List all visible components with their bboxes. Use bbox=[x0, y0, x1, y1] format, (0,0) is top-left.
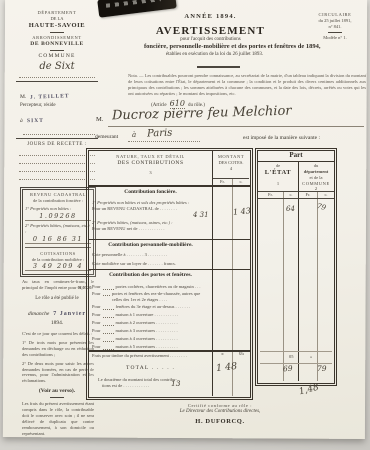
header-divider bbox=[197, 66, 240, 68]
section-mobiliere: Contribution personnelle-mobilière. bbox=[89, 239, 250, 251]
collector-name-stamp: J. TEILLET bbox=[30, 93, 70, 100]
director-line: Le Directeur des Contributions directes, bbox=[120, 409, 320, 415]
published-date-line: dimanche 7 Janvier bbox=[16, 302, 98, 320]
collector-role: Percepteur, réside bbox=[20, 103, 98, 109]
divider bbox=[328, 32, 342, 33]
row-portes-rdc: Pourportes et fenêtres des rez-de-chauss… bbox=[89, 290, 250, 302]
row-maison-2: Pourmaison à 2 ouvertures . . . . . . . … bbox=[89, 318, 250, 326]
residence-at-handwritten: à bbox=[132, 131, 136, 139]
year-line: ANNÉE 1894. bbox=[118, 13, 303, 21]
douzieme-amount-handwritten: 13 bbox=[171, 379, 181, 388]
nota-paragraph: Nota. — Les contribuables pourront prend… bbox=[128, 73, 366, 96]
c-unit: c. bbox=[233, 179, 249, 185]
divider bbox=[50, 32, 64, 33]
built-label: 2° Propriétés bâties, (maisons, etc.) : bbox=[25, 223, 91, 235]
published-date-stamp: 7 Janvier bbox=[53, 311, 86, 317]
arrondissement-name: DE BONNEVILLE bbox=[16, 41, 98, 48]
row-cote-mobiliere: Cote mobilière sur un loyer de . . . . .… bbox=[89, 260, 250, 269]
divider bbox=[25, 247, 91, 248]
row-fenetres-3e: Pourfenêtres du 3e étage et au-dessus . … bbox=[89, 302, 250, 310]
part-units-row: Fr. c. Fr. c. bbox=[258, 192, 334, 199]
nonbuilt-value-handwritten: 1.09268 bbox=[25, 212, 91, 221]
total-amount-handwritten: 1 48 bbox=[215, 361, 237, 374]
contributions-table: NATURE, TAUX ET DÉTAIL DES CONTRIBUTIONS… bbox=[88, 150, 251, 398]
delay-2: 2° De deux mois pour saisir les autres d… bbox=[22, 361, 94, 384]
dept-col-number: 2 bbox=[299, 186, 333, 191]
divider bbox=[50, 397, 64, 398]
frais-fr-value: » bbox=[213, 352, 233, 360]
row-maison-5: Pourmaison à 5 ouvertures . . . . . . . … bbox=[89, 342, 250, 350]
commune-total-handwritten: 79 bbox=[317, 364, 327, 373]
tax-rate-note: Au taux en centimes-le-franc, le princip… bbox=[22, 279, 94, 291]
revenue-box-title-2: de la contribution foncière : bbox=[25, 198, 91, 204]
write-line bbox=[19, 156, 95, 164]
commune-label: COMMUNE bbox=[16, 53, 98, 60]
write-line bbox=[19, 172, 95, 180]
etat-frais-value: 05 bbox=[289, 354, 294, 360]
delay-1: 1° De trois mois pour présenter les dema… bbox=[22, 340, 94, 358]
subtitle-2: foncière, personnelle-mobilière et des p… bbox=[144, 43, 303, 51]
circular-number: n° 841. bbox=[303, 24, 367, 30]
etat-total-handwritten: 69 bbox=[283, 364, 293, 374]
etat-header: L'ÉTAT bbox=[258, 169, 298, 177]
frais-c-value: 05 bbox=[233, 352, 250, 360]
amount-col-number: 4 bbox=[213, 166, 249, 171]
fonciere-amount-handwritten: 1 43 bbox=[233, 206, 252, 217]
model-number: Modèle n° 1. bbox=[303, 35, 367, 41]
units-row: Fr. c. bbox=[213, 178, 249, 185]
section-portes-fenetres: Contribution des portes et fenêtres. bbox=[89, 269, 250, 282]
cotisations-value-handwritten: 3 49 209 4 bbox=[25, 262, 91, 271]
part-header: de L'ÉTAT 1 du département et de la COMM… bbox=[258, 162, 334, 192]
subtitle-3: établies en exécution de la loi du 26 ju… bbox=[126, 52, 303, 58]
built-value-handwritten: 0 16 86 31 bbox=[25, 235, 91, 244]
write-line bbox=[19, 148, 95, 156]
cadastral-revenue-box: REVENU CADASTRAL de la contribution fonc… bbox=[22, 189, 94, 275]
residing-label: demeurant bbox=[95, 134, 118, 141]
row-nonbuilt: 1° Propriétés non bâties et sols des pro… bbox=[89, 199, 250, 219]
revenu-cadastral-handwritten: 4 31 bbox=[193, 211, 209, 219]
see-verso: (Voir au verso). bbox=[16, 388, 98, 395]
part-title: Part bbox=[258, 151, 334, 162]
part-table: Part de L'ÉTAT 1 du département et de la… bbox=[257, 150, 335, 384]
row-built: 2° Propriétés bâties, (maisons, usines, … bbox=[89, 219, 250, 239]
director-signature: H. DUFORCQ. bbox=[120, 418, 320, 426]
row-maison-1: Pourmaison à 1 ouverture . . . . . . . .… bbox=[89, 310, 250, 318]
divider bbox=[16, 81, 98, 82]
taxpayer-prefix: M. bbox=[96, 116, 103, 124]
divider bbox=[50, 50, 64, 51]
published-day: dimanche bbox=[28, 311, 49, 317]
document-title: AVERTISSEMENT bbox=[118, 25, 303, 37]
row-maison-3: Pourmaison à 3 ouvertures . . . . . . . … bbox=[89, 326, 250, 334]
commune-frais-null: » bbox=[310, 354, 312, 360]
write-line bbox=[23, 127, 95, 135]
receipt-days-label: JOURS DE RECETTE : bbox=[16, 142, 98, 148]
fr-unit: Fr. bbox=[258, 192, 284, 198]
etat-fonciere-handwritten: 64 bbox=[286, 205, 295, 213]
part-body bbox=[258, 199, 334, 381]
row-line bbox=[260, 351, 332, 352]
collector-prefix: M. bbox=[20, 94, 26, 100]
fr-unit: Fr. bbox=[299, 192, 318, 198]
row-portes-cocheres: Pourportes cochères, charretières ou de … bbox=[89, 282, 250, 290]
certification-block: Certifié conforme au rôle : Le Directeur… bbox=[120, 403, 320, 426]
fill-blank bbox=[103, 345, 114, 350]
collector-place-stamp: SIXT bbox=[27, 118, 44, 124]
etat-col-number: 1 bbox=[258, 181, 298, 186]
row-frais: Frais pour timbre du présent avertisseme… bbox=[89, 350, 250, 360]
c-unit: c. bbox=[318, 192, 334, 198]
published-year: 1894. bbox=[16, 320, 98, 327]
department-name: HAUTE-SAVOIE bbox=[16, 22, 98, 30]
row-maison-4: Pourmaison à 4 ouvertures . . . . . . . … bbox=[89, 334, 250, 342]
nature-header-2: DES CONTRIBUTIONS bbox=[89, 160, 212, 167]
row-cote-personnelle: Cote personnelle à . . . . . . . . 3 . .… bbox=[89, 251, 250, 260]
dept-header-1: département bbox=[299, 169, 333, 175]
write-line bbox=[19, 164, 95, 172]
section-fonciere: Contribution foncière. bbox=[89, 187, 250, 199]
delays-intro: C'est de ce jour que courent les délais … bbox=[16, 331, 98, 337]
document-header: ANNÉE 1894. AVERTISSEMENT pour l'acquit … bbox=[118, 13, 303, 58]
name-underline bbox=[108, 126, 364, 127]
fr-unit: Fr. bbox=[213, 179, 233, 185]
scanned-photo: DÉPARTEMENT DE LA HAUTE-SAVOIE ARRONDISS… bbox=[0, 0, 370, 450]
fees-note: Les frais du présent avertissement étant… bbox=[22, 401, 94, 436]
c-unit: c. bbox=[284, 192, 299, 198]
row-douzieme: Le douzième du montant total des contrib… bbox=[89, 376, 250, 396]
residence-underline bbox=[128, 141, 200, 142]
circular-reference: CIRCULAIRE du 25 juillet 1891, n° 841. M… bbox=[303, 12, 367, 40]
masthead-sidebar: DÉPARTEMENT DE LA HAUTE-SAVOIE ARRONDISS… bbox=[16, 10, 98, 436]
collector-at: à bbox=[20, 118, 23, 124]
imposed-label: est imposé de la manière suivante : bbox=[243, 135, 367, 142]
divider bbox=[16, 138, 98, 139]
nature-col-number: 3 bbox=[89, 170, 212, 175]
table-header: NATURE, TAUX ET DÉTAIL DES CONTRIBUTIONS… bbox=[89, 151, 250, 187]
fill-blank bbox=[103, 291, 110, 296]
residence-handwritten: Paris bbox=[147, 128, 173, 140]
